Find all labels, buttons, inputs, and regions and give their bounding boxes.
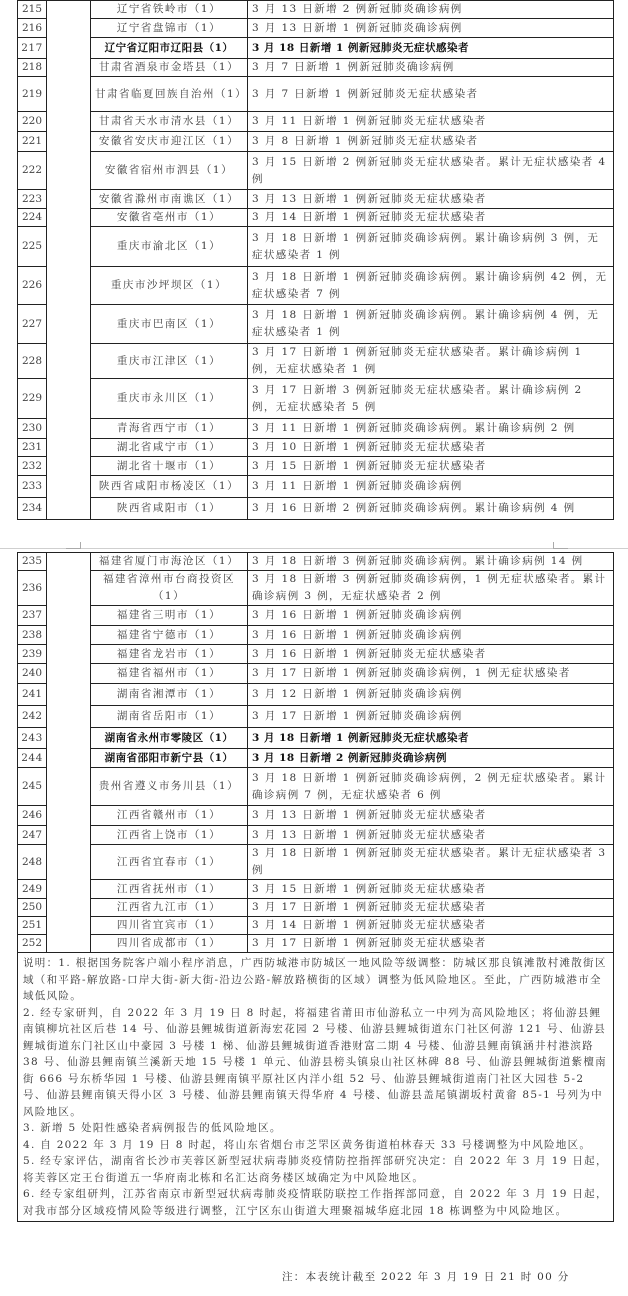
row-number: 240: [18, 664, 47, 684]
row-number: 228: [18, 344, 47, 379]
area-name: 重庆市永川区（1）: [91, 379, 248, 419]
case-description: 3 月 15 日新增 2 例新冠肺炎无症状感染者。累计无症状感染者 4 例: [248, 152, 614, 190]
row-number: 233: [18, 476, 47, 498]
area-name: 辽宁省铁岭市（1）: [91, 1, 248, 19]
case-description: 3 月 16 日新增 2 例新冠肺炎确诊病例。累计确诊病例 4 例: [248, 498, 614, 520]
area-name: 湖北省十堰市（1）: [91, 457, 248, 476]
area-name: 贵州省遵义市务川县（1）: [91, 768, 248, 806]
table-row: 249江西省抚州市（1）3 月 15 日新增 1 例新冠肺炎无症状感染者: [18, 880, 614, 899]
row-number: 249: [18, 880, 47, 899]
table-row: 222安徽省宿州市泗县（1）3 月 15 日新增 2 例新冠肺炎无症状感染者。累…: [18, 152, 614, 190]
table-row: 235福建省厦门市海沧区（1）3 月 18 日新增 3 例新冠肺炎确诊病例。累计…: [18, 553, 614, 571]
case-description: 3 月 18 日新增 1 例新冠肺炎无症状感染者: [248, 38, 614, 59]
table-row: 227重庆市巴南区（1）3 月 18 日新增 1 例新冠肺炎确诊病例。累计确诊病…: [18, 305, 614, 344]
row-number: 215: [18, 1, 47, 19]
table-row: 234陕西省咸阳市（1）3 月 16 日新增 2 例新冠肺炎确诊病例。累计确诊病…: [18, 498, 614, 520]
case-description: 3 月 8 日新增 1 例新冠肺炎无症状感染者: [248, 132, 614, 152]
area-name: 重庆市巴南区（1）: [91, 305, 248, 344]
note-3: 3. 新增 5 处阳性感染者病例报告的低风险地区。: [23, 1120, 608, 1137]
table-row: 246江西省赣州市（1）3 月 13 日新增 1 例新冠肺炎无症状感染者: [18, 806, 614, 826]
case-description: 3 月 14 日新增 1 例新冠肺炎无症状感染者: [248, 917, 614, 935]
table-row: 219甘肃省临夏回族自治州（1）3 月 7 日新增 1 例新冠肺炎无症状感染者: [18, 77, 614, 112]
area-name: 福建省宁德市（1）: [91, 626, 248, 645]
area-name: 陕西省咸阳市（1）: [91, 498, 248, 520]
table-row: 251四川省宜宾市（1）3 月 14 日新增 1 例新冠肺炎无症状感染者: [18, 917, 614, 935]
table-row: 240福建省福州市（1）3 月 17 日新增 1 例新冠肺炎确诊病例，1 例无症…: [18, 664, 614, 684]
case-description: 3 月 18 日新增 1 例新冠肺炎确诊病例。累计确诊病例 42 例，无症状感染…: [248, 267, 614, 305]
risk-area-table-part-1: 215辽宁省铁岭市（1）3 月 13 日新增 2 例新冠肺炎确诊病例216辽宁省…: [17, 0, 614, 520]
table-row: 225重庆市渝北区（1）3 月 18 日新增 1 例新冠肺炎确诊病例。累计确诊病…: [18, 227, 614, 267]
row-number: 224: [18, 209, 47, 227]
area-name: 陕西省咸阳市杨凌区（1）: [91, 476, 248, 498]
case-description: 3 月 17 日新增 1 例新冠肺炎确诊病例，1 例无症状感染者: [248, 664, 614, 684]
case-description: 3 月 15 日新增 1 例新冠肺炎无症状感染者: [248, 880, 614, 899]
case-description: 3 月 18 日新增 2 例新冠肺炎确诊病例: [248, 749, 614, 768]
area-name: 辽宁省盘锦市（1）: [91, 19, 248, 38]
area-name: 安徽省安庆市迎江区（1）: [91, 132, 248, 152]
area-name: 福建省福州市（1）: [91, 664, 248, 684]
area-name: 湖南省永州市零陵区（1）: [91, 728, 248, 749]
area-name: 四川省成都市（1）: [91, 935, 248, 953]
row-number: 223: [18, 190, 47, 209]
row-number: 242: [18, 706, 47, 728]
row-number: 239: [18, 645, 47, 664]
area-name: 江西省赣州市（1）: [91, 806, 248, 826]
table-page-2: 235福建省厦门市海沧区（1）3 月 18 日新增 3 例新冠肺炎确诊病例。累计…: [17, 552, 614, 1222]
row-number: 244: [18, 749, 47, 768]
notes-cell: 说明：1. 根据国务院客户端小程序消息，广西防城港市防城区一地风险等级调整：防城…: [18, 953, 614, 1222]
statistics-cutoff-note: 注：本表统计截至 2022 年 3 月 19 日 21 时 00 分: [282, 1269, 570, 1284]
area-name: 重庆市沙坪坝区（1）: [91, 267, 248, 305]
case-description: 3 月 16 日新增 1 例新冠肺炎无症状感染者: [248, 645, 614, 664]
case-description: 3 月 18 日新增 3 例新冠肺炎确诊病例。累计确诊病例 14 例: [248, 553, 614, 571]
table-row: 250江西省九江市（1）3 月 17 日新增 1 例新冠肺炎无症状感染者: [18, 899, 614, 917]
row-number: 232: [18, 457, 47, 476]
table-row: 237福建省三明市（1）3 月 16 日新增 1 例新冠肺炎确诊病例: [18, 606, 614, 626]
row-number: 227: [18, 305, 47, 344]
note-2: 2. 经专家研判，自 2022 年 3 月 19 日 8 时起，将福建省莆田市仙…: [23, 1005, 608, 1121]
area-name: 福建省龙岩市（1）: [91, 645, 248, 664]
table-row: 252四川省成都市（1）3 月 17 日新增 1 例新冠肺炎无症状感染者: [18, 935, 614, 953]
row-number: 252: [18, 935, 47, 953]
case-description: 3 月 17 日新增 1 例新冠肺炎无症状感染者: [248, 935, 614, 953]
row-number: 241: [18, 684, 47, 706]
table-row: 228重庆市江津区（1）3 月 17 日新增 1 例新冠肺炎无症状感染者。累计确…: [18, 344, 614, 379]
area-name: 湖南省湘潭市（1）: [91, 684, 248, 706]
note-1: 说明：1. 根据国务院客户端小程序消息，广西防城港市防城区一地风险等级调整：防城…: [23, 955, 608, 1005]
row-number: 226: [18, 267, 47, 305]
table-row: 223安徽省滁州市南谯区（1）3 月 13 日新增 1 例新冠肺炎无症状感染者: [18, 190, 614, 209]
row-number: 236: [18, 571, 47, 606]
case-description: 3 月 11 日新增 1 例新冠肺炎确诊病例: [248, 476, 614, 498]
case-description: 3 月 13 日新增 1 例新冠肺炎无症状感染者: [248, 826, 614, 845]
table-row: 244湖南省邵阳市新宁县（1）3 月 18 日新增 2 例新冠肺炎确诊病例: [18, 749, 614, 768]
area-name: 湖南省岳阳市（1）: [91, 706, 248, 728]
row-number: 248: [18, 845, 47, 880]
row-number: 218: [18, 59, 47, 77]
case-description: 3 月 13 日新增 2 例新冠肺炎确诊病例: [248, 1, 614, 19]
row-number: 246: [18, 806, 47, 826]
note-6: 6. 经专家组研判，江苏省南京市新型冠状病毒肺炎疫情联防联控工作指挥部同意，自 …: [23, 1186, 608, 1219]
case-description: 3 月 17 日新增 1 例新冠肺炎确诊病例: [248, 706, 614, 728]
area-name: 青海省西宁市（1）: [91, 419, 248, 439]
area-name: 安徽省宿州市泗县（1）: [91, 152, 248, 190]
row-number: 243: [18, 728, 47, 749]
row-number: 221: [18, 132, 47, 152]
case-description: 3 月 7 日新增 1 例新冠肺炎无症状感染者: [248, 77, 614, 112]
page-corner-mark-right: [553, 542, 568, 549]
case-description: 3 月 13 日新增 1 例新冠肺炎无症状感染者: [248, 190, 614, 209]
row-number: 220: [18, 112, 47, 132]
case-description: 3 月 10 日新增 1 例新冠肺炎无症状感染者: [248, 439, 614, 457]
case-description: 3 月 17 日新增 1 例新冠肺炎无症状感染者: [248, 899, 614, 917]
table-row: 242湖南省岳阳市（1）3 月 17 日新增 1 例新冠肺炎确诊病例: [18, 706, 614, 728]
row-number: 251: [18, 917, 47, 935]
table-row: 239福建省龙岩市（1）3 月 16 日新增 1 例新冠肺炎无症状感染者: [18, 645, 614, 664]
area-name: 湖北省咸宁市（1）: [91, 439, 248, 457]
case-description: 3 月 11 日新增 1 例新冠肺炎无症状感染者: [248, 112, 614, 132]
area-name: 辽宁省辽阳市辽阳县（1）: [91, 38, 248, 59]
case-description: 3 月 13 日新增 1 例新冠肺炎确诊病例: [248, 19, 614, 38]
area-name: 重庆市渝北区（1）: [91, 227, 248, 267]
table-row: 236福建省漳州市台商投资区（1）3 月 18 日新增 3 例新冠肺炎确诊病例，…: [18, 571, 614, 606]
area-name: 湖南省邵阳市新宁县（1）: [91, 749, 248, 768]
case-description: 3 月 16 日新增 1 例新冠肺炎确诊病例: [248, 626, 614, 645]
area-name: 福建省漳州市台商投资区（1）: [91, 571, 248, 606]
table-row: 226重庆市沙坪坝区（1）3 月 18 日新增 1 例新冠肺炎确诊病例。累计确诊…: [18, 267, 614, 305]
notes-row: 说明：1. 根据国务院客户端小程序消息，广西防城港市防城区一地风险等级调整：防城…: [18, 953, 614, 1222]
case-description: 3 月 18 日新增 3 例新冠肺炎确诊病例，1 例无症状感染者。累计确诊病例 …: [248, 571, 614, 606]
note-4: 4. 自 2022 年 3 月 19 日 8 时起，将山东省烟台市芝罘区黄务街道…: [23, 1137, 608, 1154]
case-description: 3 月 11 日新增 1 例新冠肺炎确诊病例。累计确诊病例 2 例: [248, 419, 614, 439]
case-description: 3 月 7 日新增 1 例新冠肺炎确诊病例: [248, 59, 614, 77]
area-name: 甘肃省酒泉市金塔县（1）: [91, 59, 248, 77]
table-row: 221安徽省安庆市迎江区（1）3 月 8 日新增 1 例新冠肺炎无症状感染者: [18, 132, 614, 152]
risk-level-cell: [47, 553, 91, 953]
table-row: 216辽宁省盘锦市（1）3 月 13 日新增 1 例新冠肺炎确诊病例: [18, 19, 614, 38]
table-row: 241湖南省湘潭市（1）3 月 12 日新增 1 例新冠肺炎确诊病例: [18, 684, 614, 706]
case-description: 3 月 17 日新增 1 例新冠肺炎无症状感染者。累计确诊病例 1 例，无症状感…: [248, 344, 614, 379]
table-row: 229重庆市永川区（1）3 月 17 日新增 3 例新冠肺炎无症状感染者。累计确…: [18, 379, 614, 419]
table-row: 238福建省宁德市（1）3 月 16 日新增 1 例新冠肺炎确诊病例: [18, 626, 614, 645]
table-row: 243湖南省永州市零陵区（1）3 月 18 日新增 1 例新冠肺炎无症状感染者: [18, 728, 614, 749]
case-description: 3 月 16 日新增 1 例新冠肺炎确诊病例: [248, 606, 614, 626]
row-number: 237: [18, 606, 47, 626]
case-description: 3 月 14 日新增 1 例新冠肺炎无症状感染者: [248, 209, 614, 227]
area-name: 福建省三明市（1）: [91, 606, 248, 626]
case-description: 3 月 13 日新增 1 例新冠肺炎无症状感染者: [248, 806, 614, 826]
table-row: 218甘肃省酒泉市金塔县（1）3 月 7 日新增 1 例新冠肺炎确诊病例: [18, 59, 614, 77]
row-number: 225: [18, 227, 47, 267]
row-number: 245: [18, 768, 47, 806]
row-number: 222: [18, 152, 47, 190]
row-number: 230: [18, 419, 47, 439]
table-row: 233陕西省咸阳市杨凌区（1）3 月 11 日新增 1 例新冠肺炎确诊病例: [18, 476, 614, 498]
case-description: 3 月 18 日新增 1 例新冠肺炎确诊病例。累计确诊病例 3 例，无症状感染者…: [248, 227, 614, 267]
row-number: 238: [18, 626, 47, 645]
note-5: 5. 经专家评估，湖南省长沙市芙蓉区新型冠状病毒肺炎疫情防控指挥部研究决定：自 …: [23, 1153, 608, 1186]
area-name: 江西省抚州市（1）: [91, 880, 248, 899]
page-break-line: [0, 548, 628, 549]
area-name: 江西省上饶市（1）: [91, 826, 248, 845]
case-description: 3 月 18 日新增 1 例新冠肺炎确诊病例。累计确诊病例 4 例，无症状感染者…: [248, 305, 614, 344]
row-number: 219: [18, 77, 47, 112]
area-name: 重庆市江津区（1）: [91, 344, 248, 379]
area-name: 江西省九江市（1）: [91, 899, 248, 917]
row-number: 231: [18, 439, 47, 457]
row-number: 217: [18, 38, 47, 59]
case-description: 3 月 18 日新增 1 例新冠肺炎确诊病例，2 例无症状感染者。累计确诊病例 …: [248, 768, 614, 806]
table-row: 245贵州省遵义市务川县（1）3 月 18 日新增 1 例新冠肺炎确诊病例，2 …: [18, 768, 614, 806]
risk-area-table-part-2: 235福建省厦门市海沧区（1）3 月 18 日新增 3 例新冠肺炎确诊病例。累计…: [17, 552, 614, 1222]
area-name: 四川省宜宾市（1）: [91, 917, 248, 935]
case-description: 3 月 18 日新增 1 例新冠肺炎无症状感染者。累计无症状感染者 3 例: [248, 845, 614, 880]
table-row: 230青海省西宁市（1）3 月 11 日新增 1 例新冠肺炎确诊病例。累计确诊病…: [18, 419, 614, 439]
case-description: 3 月 18 日新增 1 例新冠肺炎无症状感染者: [248, 728, 614, 749]
case-description: 3 月 15 日新增 1 例新冠肺炎无症状感染者: [248, 457, 614, 476]
table-row: 231湖北省咸宁市（1）3 月 10 日新增 1 例新冠肺炎无症状感染者: [18, 439, 614, 457]
table-row: 217辽宁省辽阳市辽阳县（1）3 月 18 日新增 1 例新冠肺炎无症状感染者: [18, 38, 614, 59]
row-number: 216: [18, 19, 47, 38]
table-row: 248江西省宜春市（1）3 月 18 日新增 1 例新冠肺炎无症状感染者。累计无…: [18, 845, 614, 880]
area-name: 江西省宜春市（1）: [91, 845, 248, 880]
row-number: 250: [18, 899, 47, 917]
risk-level-cell: [47, 1, 91, 520]
table-page-1: 215辽宁省铁岭市（1）3 月 13 日新增 2 例新冠肺炎确诊病例216辽宁省…: [17, 0, 614, 520]
row-number: 235: [18, 553, 47, 571]
table-row: 232湖北省十堰市（1）3 月 15 日新增 1 例新冠肺炎无症状感染者: [18, 457, 614, 476]
row-number: 229: [18, 379, 47, 419]
area-name: 安徽省滁州市南谯区（1）: [91, 190, 248, 209]
table-row: 220甘肃省天水市清水县（1）3 月 11 日新增 1 例新冠肺炎无症状感染者: [18, 112, 614, 132]
case-description: 3 月 12 日新增 1 例新冠肺炎确诊病例: [248, 684, 614, 706]
area-name: 福建省厦门市海沧区（1）: [91, 553, 248, 571]
area-name: 甘肃省临夏回族自治州（1）: [91, 77, 248, 112]
row-number: 234: [18, 498, 47, 520]
row-number: 247: [18, 826, 47, 845]
case-description: 3 月 17 日新增 3 例新冠肺炎无症状感染者。累计确诊病例 2 例，无症状感…: [248, 379, 614, 419]
table-row: 224安徽省亳州市（1）3 月 14 日新增 1 例新冠肺炎无症状感染者: [18, 209, 614, 227]
table-row: 215辽宁省铁岭市（1）3 月 13 日新增 2 例新冠肺炎确诊病例: [18, 1, 614, 19]
page-corner-mark-left: [66, 542, 81, 549]
area-name: 安徽省亳州市（1）: [91, 209, 248, 227]
area-name: 甘肃省天水市清水县（1）: [91, 112, 248, 132]
table-row: 247江西省上饶市（1）3 月 13 日新增 1 例新冠肺炎无症状感染者: [18, 826, 614, 845]
